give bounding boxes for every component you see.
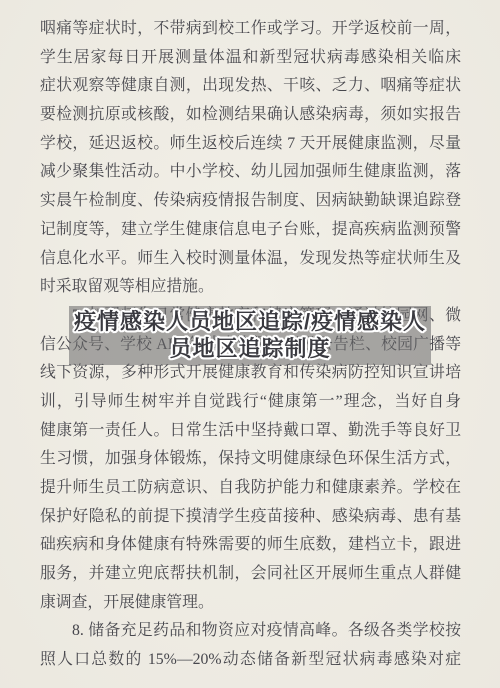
text-line: 要检测抗原或核酸，如检测结果确认感染病毒，须如实报告 <box>40 101 461 130</box>
text-line: 7. 加强师生日常健康教育和健康管理，通过校园网、微 <box>40 302 461 331</box>
document-body: 咽痛等症状时，不带病到校工作或学习。开学返校前一周，学生居家每日开展测量体温和新… <box>40 15 461 675</box>
text-line: 实晨午检制度、传染病疫情报告制度、因病缺勤缺课追踪登 <box>40 187 461 216</box>
text-line: 减少聚集性活动。中小学校、幼儿园加强师生健康监测，落 <box>40 158 461 187</box>
text-line: 信息化水平。师生入校时测量体温，发现发热等症状师生及 <box>40 245 461 274</box>
text-line: 学生居家每日开展测量体温和新型冠状病毒感染相关临床 <box>40 44 461 73</box>
text-line: 保护好隐私的前提下摸清学生疫苗接种、感染病毒、患有基 <box>40 503 461 532</box>
text-line: 康调查，开展健康管理。 <box>40 589 461 618</box>
text-line: 症状观察等健康自测，出现发热、干咳、乏力、咽痛等症状 <box>40 72 461 101</box>
text-line: 线下资源，多种形式开展健康教育和传染病防控知识宣讲培 <box>40 359 461 388</box>
text-line: 学校，延迟返校。师生返校后连续 7 天开展健康监测，尽量 <box>40 130 461 159</box>
text-line: 础疾病和身体健康有特殊需要的师生底数，建档立卡，跟进 <box>40 531 461 560</box>
text-line: 生习惯，加强身体锻炼，保持文明健康绿色环保生活方式， <box>40 445 461 474</box>
text-line: 记制度等，建立学生健康信息电子台账，提高疾病监测预警 <box>40 216 461 245</box>
document-page: 咽痛等症状时，不带病到校工作或学习。开学返校前一周，学生居家每日开展测量体温和新… <box>0 0 500 688</box>
text-line: 照人口总数的 15%—20%动态储备新型冠状病毒感染对症 <box>40 646 461 675</box>
text-line: 提升师生员工防病意识、自我防护能力和健康素养。学校在 <box>40 474 461 503</box>
text-line: 时采取留观等相应措施。 <box>40 273 461 302</box>
text-line: 健康第一责任人。日常生活中坚持戴口罩、勤洗手等良好卫 <box>40 417 461 446</box>
text-line: 咽痛等症状时，不带病到校工作或学习。开学返校前一周， <box>40 15 461 44</box>
text-line: 8. 储备充足药品和物资应对疫情高峰。各级各类学校按 <box>40 617 461 646</box>
text-line: 信公众号、学校 APP 等线上资源，以及公告栏、校园广播等 <box>40 331 461 360</box>
text-line: 服务，并建立兜底帮扶机制，会同社区开展师生重点人群健 <box>40 560 461 589</box>
text-line: 训，引导师生树牢并自觉践行“健康第一”理念，当好自身 <box>40 388 461 417</box>
